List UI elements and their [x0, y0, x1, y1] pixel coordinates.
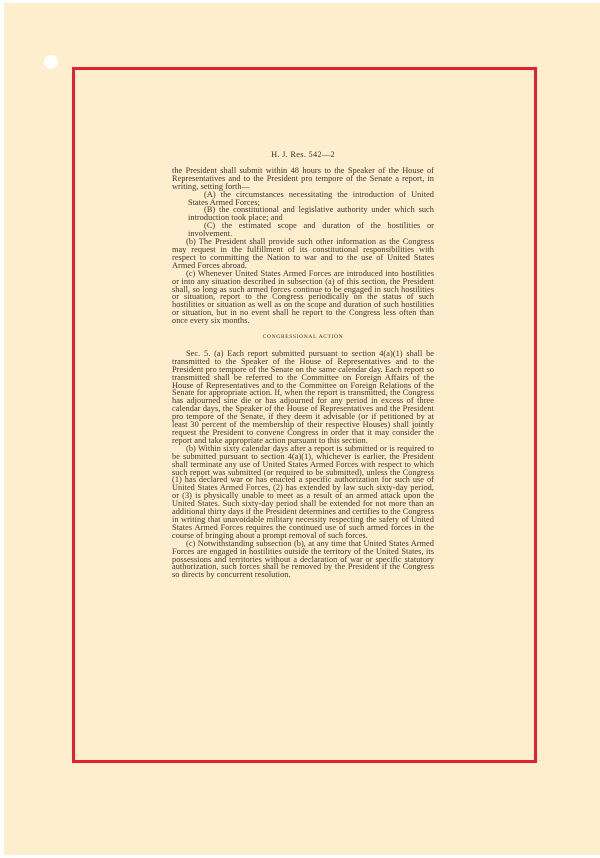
paragraph-4b: (b) The President shall provide such oth… — [172, 238, 434, 270]
paragraph-item-a: (A) the circumstances necessitating the … — [172, 191, 434, 207]
paragraph-5b: (b) Within sixty calendar days after a r… — [172, 445, 434, 540]
page-header: H. J. Res. 542—2 — [172, 151, 434, 159]
paragraph-item-b: (B) the constitutional and legislative a… — [172, 206, 434, 222]
paragraph-5c: (c) Notwithstanding subsection (b), at a… — [172, 540, 434, 580]
paragraph-item-c: (C) the estimated scope and duration of … — [172, 222, 434, 238]
paragraph-continuation: the President shall submit within 48 hou… — [172, 167, 434, 191]
document-body: H. J. Res. 542—2 the President shall sub… — [172, 151, 434, 579]
section-heading: Congressional Action — [172, 334, 434, 342]
paragraph-4c: (c) Whenever United States Armed Forces … — [172, 270, 434, 325]
punch-hole — [44, 55, 58, 69]
item-c-text: (C) the estimated scope and duration of … — [188, 221, 434, 238]
item-a-text: (A) the circumstances necessitating the … — [188, 190, 434, 207]
item-b-text: (B) the constitutional and legislative a… — [188, 205, 434, 222]
paragraph-5a: Sec. 5. (a) Each report submitted pursua… — [172, 350, 434, 445]
